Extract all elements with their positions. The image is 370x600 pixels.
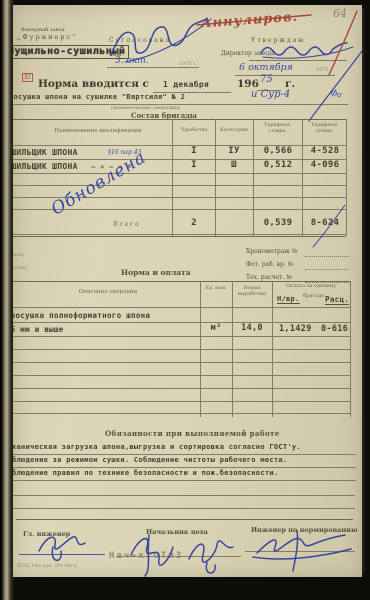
scanned-document: { "header": { "page_number": "64", "annu… <box>0 0 370 600</box>
signature-shop-head-2 <box>189 541 233 573</box>
ink-stroke-refs <box>313 205 345 247</box>
signature-chief-engineer <box>39 537 85 561</box>
signature-norm-engineer <box>253 531 351 571</box>
signature-shop-head-1 <box>131 535 173 576</box>
signature-director <box>261 43 347 55</box>
form-page: 64 Аннулиров. Фанерный завод „Фурниерс“ … <box>13 5 362 577</box>
ink-overlay <box>13 5 362 577</box>
book-binding-edge <box>0 0 14 600</box>
red-corner-stroke <box>329 11 357 75</box>
annulled-strike <box>197 15 311 25</box>
signature-agreed <box>111 19 207 55</box>
